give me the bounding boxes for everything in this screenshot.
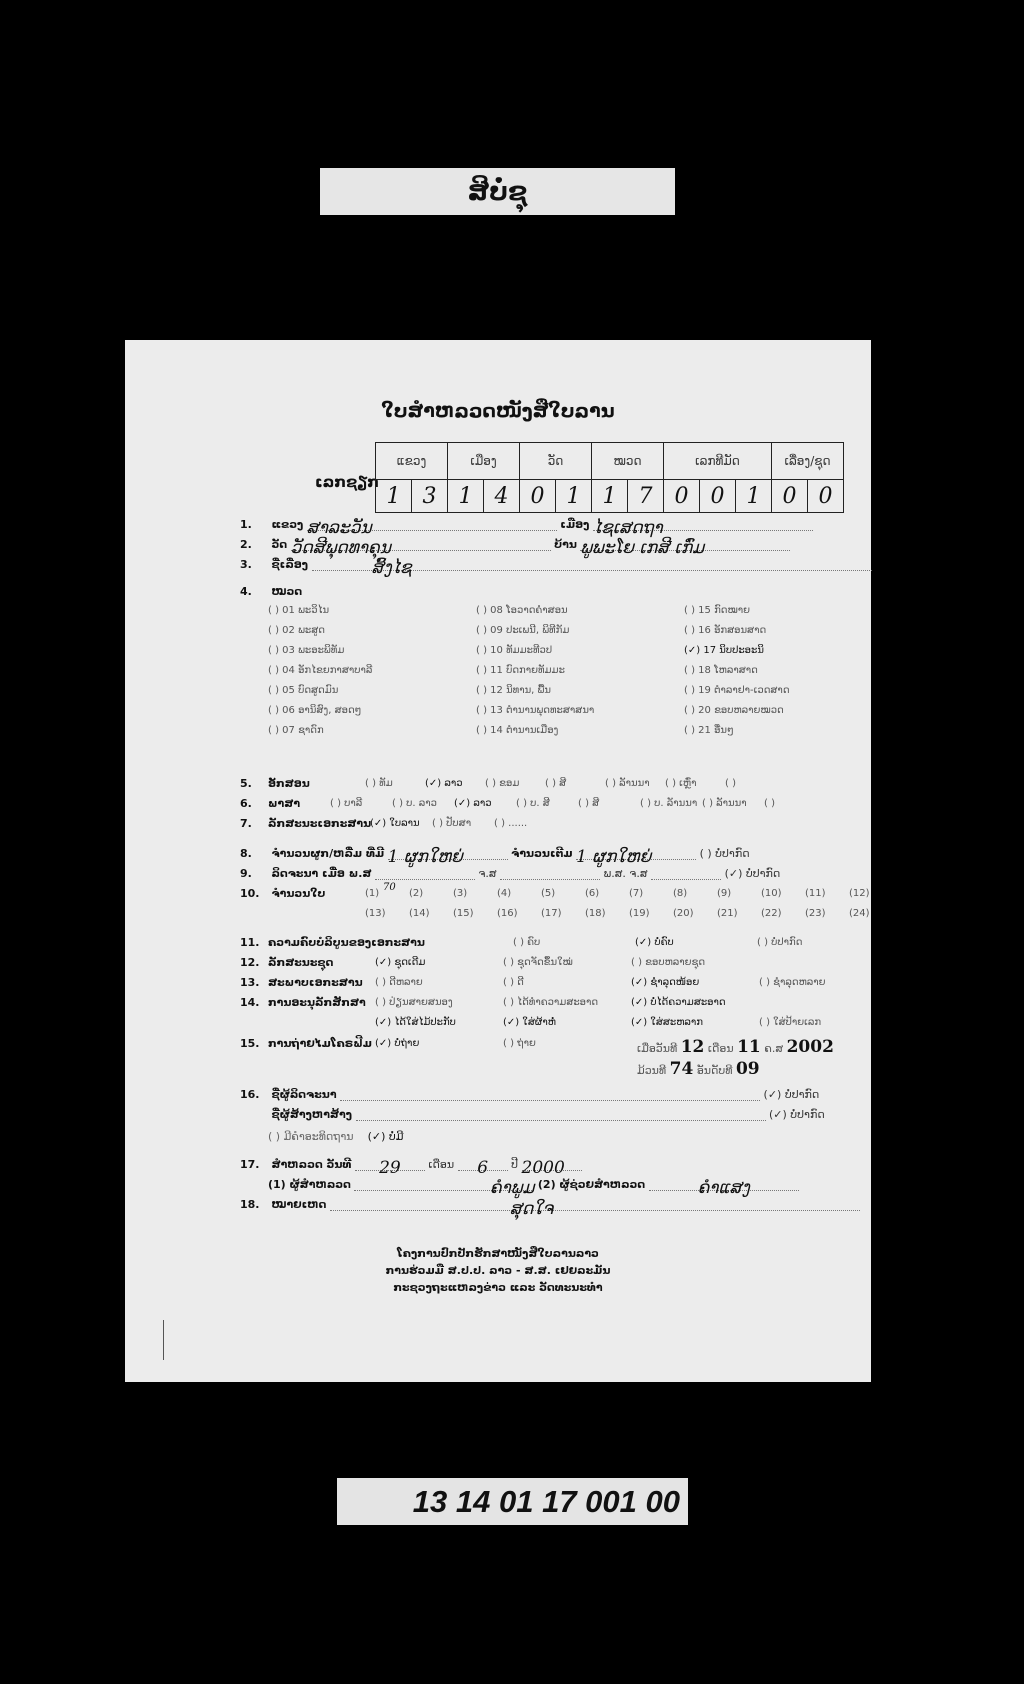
- checkbox-option[interactable]: ( ) ບ. ລາວ: [392, 798, 437, 809]
- category-option[interactable]: ( ) 05 ບົດສູດມົນ: [268, 685, 338, 696]
- district-value: ໄຊເສດຖາ: [593, 518, 813, 531]
- category-option[interactable]: ( ) 13 ຕຳນານພຸດທະສາສນາ: [476, 705, 594, 716]
- checkbox-option[interactable]: ( ) ປ່ຽນສາຍສນອງ: [375, 997, 453, 1008]
- category-option[interactable]: ( ) 16 ອັກສອນສາດ: [684, 625, 766, 636]
- id-header-title-set: ເລື່ອງ/ຊຸດ: [772, 443, 844, 480]
- category-option[interactable]: ( ) 07 ຊາດົກ: [268, 725, 324, 736]
- leaf-count-cell: (10): [761, 888, 782, 899]
- leaf-count-cell: (6): [585, 888, 599, 899]
- id-header-category: ໝວດ: [592, 443, 664, 480]
- checkbox-option[interactable]: ( ) ດີ: [503, 977, 524, 988]
- checkbox-option[interactable]: ( ) ຄົບ: [513, 937, 540, 948]
- leaf-count-cell: (16): [497, 908, 518, 919]
- leaf-count-cell: (12): [849, 888, 870, 899]
- bundle-count-row: 8. ຈຳນວນຜູກ/ຫລື່ມ ທີ່ມີ 1 ຜູກໃຫຍ່ ຈຳນວນເ…: [240, 847, 750, 860]
- material-row: 7.ລັກສະນະເອກະສານ: [240, 817, 371, 830]
- category-option[interactable]: ( ) 14 ຕຳນານເມືອງ: [476, 725, 558, 736]
- form-footer: ໂຄງການປົກປັກຮັກສາໜັງສືໃບລານລາວ ການຮ່ວມມື…: [125, 1245, 871, 1296]
- leaf-count-cell: (7): [629, 888, 643, 899]
- category-option[interactable]: ( ) 18 ໂຫລາສາດ: [684, 665, 758, 676]
- dedication-row: ( ) ມີຄຳອະທິດຖານ (✓) ບໍ່ມີ: [268, 1130, 403, 1143]
- footer-label-text: 13 14 01 17 001 00: [413, 1484, 680, 1520]
- id-label: ເລກຊຽກ: [315, 473, 379, 491]
- checkbox-option[interactable]: (✓) ລາວ: [425, 778, 463, 789]
- category-option[interactable]: ( ) 02 ພະສູດ: [268, 625, 325, 636]
- category-option[interactable]: (✓) 17 ນິບປະອະນິ: [684, 645, 764, 656]
- temple-value: ວັດສີພຸດທາຄຸນ: [291, 538, 551, 551]
- leaf-count-cell: (11): [805, 888, 826, 899]
- leaf-count-cell: (24): [849, 908, 870, 919]
- microfilm-row: 15.ການຖ່າຍໄມໂຄຣຟີມ: [240, 1037, 372, 1050]
- checkbox-option[interactable]: ( ) ທັມ: [365, 778, 393, 789]
- field-temple-row: 2. ວັດ ວັດສີພຸດທາຄຸນ ບ້ານ ພູພະໂຍ ເກສີ ເກ…: [240, 538, 790, 551]
- id-digit: 7: [628, 480, 664, 513]
- id-header-district: ເມືອງ: [448, 443, 520, 480]
- leaf-count-cell: (23): [805, 908, 826, 919]
- header-label-text: ສິບໍ່ຊຸ: [468, 177, 528, 207]
- assistant-value: ຄຳແສງ: [649, 1178, 799, 1191]
- sponsor-row: ຊື່ຜູ້ສ້າງຫາສ້າງ (✓) ບໍ່ປາກົດ: [240, 1108, 825, 1121]
- bundle-extra-value: 1 ຜູກໃຫຍ່: [576, 847, 696, 860]
- checkbox-option[interactable]: (✓) ຊຸດເດີມ: [375, 957, 425, 968]
- id-digit: 0: [772, 480, 808, 513]
- checkbox-option[interactable]: ( ) ສີ: [545, 778, 566, 789]
- id-digit: 4: [484, 480, 520, 513]
- id-header-province: ແຂວງ: [376, 443, 448, 480]
- category-option[interactable]: ( ) 19 ຕຳລາຢາ-ເວດສາດ: [684, 685, 790, 696]
- leaf-count-value: 70: [383, 882, 396, 893]
- category-option[interactable]: ( ) 09 ປະເພນີ, ພິທີກັມ: [476, 625, 569, 636]
- surveyor-row: (1) ຜູ້ສຳຫລວດ ຄຳພູມ (2) ຜູ້ຊ່ວຍສຳຫລວດ ຄຳ…: [268, 1178, 799, 1191]
- id-digit: 0: [700, 480, 736, 513]
- province-value: ສາລະວັນ: [307, 518, 557, 531]
- field-title-row: 3. ຊື່ເລື່ອງ ສົ້ງໄຊ: [240, 558, 872, 571]
- remarks-value: ສຸດໃຈ: [330, 1199, 860, 1211]
- condition-row: 13.ສະພາບເອກະສານ: [240, 976, 363, 989]
- survey-date-row: 17. ສຳຫລວດ ວັນທີ 29 ເດືອນ 6 ປີ 2000: [240, 1158, 582, 1171]
- id-header-bundle-number: ເລກທີມັດ: [664, 443, 772, 480]
- category-option[interactable]: ( ) 12 ນິທານ, ພື້ນ: [476, 685, 551, 696]
- checkbox-option[interactable]: (✓) ໃສ່ຜ້າຫໍ່: [503, 1017, 556, 1028]
- checkbox-option[interactable]: (✓) ບໍ່ຄົບ: [635, 937, 674, 948]
- id-table: ແຂວງ ເມືອງ ວັດ ໝວດ ເລກທີມັດ ເລື່ອງ/ຊຸດ 1…: [375, 442, 844, 513]
- id-digit: 0: [664, 480, 700, 513]
- checkbox-option[interactable]: ( ): [725, 778, 736, 789]
- leaf-count-cell: (4): [497, 888, 511, 899]
- category-option[interactable]: ( ) 20 ຂອບຫລາຍໝວດ: [684, 705, 784, 716]
- checkbox-option[interactable]: ( ) ຂອບຫລາຍຊຸດ: [631, 957, 705, 968]
- category-option[interactable]: ( ) 11 ບົດກາຍທັມມະ: [476, 665, 565, 676]
- checkbox-option[interactable]: ( ) ບ. ລັານນາ: [640, 798, 697, 809]
- checkbox-option[interactable]: ( ) ສີ: [578, 798, 599, 809]
- document-page: ໃບສຳຫລວດໜັງສືໃບລານ ເລກຊຽກ ແຂວງ ເມືອງ ວັດ…: [125, 340, 871, 1382]
- language-row: 6.ພາສາ: [240, 797, 300, 810]
- category-option[interactable]: ( ) 01 ພະວິໄນ: [268, 605, 329, 616]
- id-digit: 0: [808, 480, 844, 513]
- id-digit: 1: [592, 480, 628, 513]
- id-digit: 1: [736, 480, 772, 513]
- category-option[interactable]: ( ) 21 ອື່ນໆ: [684, 725, 734, 736]
- leaf-count-cell: (1): [365, 888, 379, 899]
- completeness-row: 11.ຄວາມຄົບບໍລິບູນຂອງເອກະສານ: [240, 936, 425, 949]
- checkbox-option[interactable]: ( ) ຖ່າຍ: [503, 1038, 536, 1049]
- checkbox-option[interactable]: ( ) ລັານນາ: [702, 798, 747, 809]
- checkbox-option[interactable]: ( ) ເຫຼົ່າ: [665, 778, 697, 789]
- conservation-row: 14.ການອະນຸລັກສັກສາ: [240, 996, 366, 1009]
- script-row: 5.ອັກສອນ: [240, 777, 310, 790]
- written-date-row: 9. ລິດຈະນາ ເມື່ອ ພ.ສ ຈ.ສ ພ.ສ. ຈ.ສ (✓) ບໍ…: [240, 867, 780, 880]
- leaf-count-cell: (8): [673, 888, 687, 899]
- checkbox-option[interactable]: ( ) ປັບສາ: [432, 818, 471, 829]
- checkbox-option[interactable]: ( ) ......: [494, 818, 527, 829]
- leaf-count-cell: (21): [717, 908, 738, 919]
- checkbox-option[interactable]: ( ) ລັານນາ: [605, 778, 650, 789]
- checkbox-option[interactable]: ( ) ດີຫລາຍ: [375, 977, 423, 988]
- checkbox-option[interactable]: (✓) ບໍ່ໄດ້ຄວາມສະອາດ: [631, 997, 726, 1008]
- page-edge-mark: [163, 1320, 164, 1360]
- id-digit: 1: [556, 480, 592, 513]
- leaf-count-cell: (22): [761, 908, 782, 919]
- leaf-count-row: 10. ຈຳນວນໃບ: [240, 887, 325, 900]
- id-digit: 1: [448, 480, 484, 513]
- field-category-row: 4. ໝວດ: [240, 585, 302, 598]
- category-option[interactable]: ( ) 15 ກົດໝາຍ: [684, 605, 750, 616]
- checkbox-option[interactable]: ( ): [764, 798, 775, 809]
- footer-target-label: 13 14 01 17 001 00: [337, 1478, 688, 1525]
- form-title: ໃບສຳຫລວດໜັງສືໃບລານ: [125, 400, 871, 422]
- title-value: ສົ້ງໄຊ: [312, 558, 872, 571]
- author-row: 16. ຊື່ຜູ້ລິດຈະນາ (✓) ບໍ່ປາກົດ: [240, 1088, 819, 1101]
- leaf-count-cell: (5): [541, 888, 555, 899]
- leaf-count-cell: (2): [409, 888, 423, 899]
- leaf-count-cell: (19): [629, 908, 650, 919]
- leaf-count-cell: (13): [365, 908, 386, 919]
- checkbox-option[interactable]: ( ) ຊຸດຈັດຂຶ້ນໃໝ່: [503, 957, 573, 968]
- checkbox-option[interactable]: ( ) ບໍ່ປາກົດ: [757, 937, 802, 948]
- category-option[interactable]: ( ) 08 ໂອວາດຄຳສອນ: [476, 605, 568, 616]
- checkbox-option[interactable]: ( ) ໄດ້ທຳຄວາມສະອາດ: [503, 997, 598, 1008]
- checkbox-option[interactable]: (✓) ໄດ້ໃສ່ໄມ້ປະກັບ: [375, 1017, 456, 1028]
- checkbox-option[interactable]: ( ) ບາລີ: [330, 798, 362, 809]
- id-header-temple: ວັດ: [520, 443, 592, 480]
- remarks-row: 18. ໝາຍເຫດ ສຸດໃຈ: [240, 1198, 860, 1211]
- leaf-count-cell: (3): [453, 888, 467, 899]
- id-digit: 1: [376, 480, 412, 513]
- checkbox-option[interactable]: (✓) ລາວ: [454, 798, 492, 809]
- leaf-count-cell: (14): [409, 908, 430, 919]
- id-digit: 3: [412, 480, 448, 513]
- leaf-count-cell: (15): [453, 908, 474, 919]
- category-option[interactable]: ( ) 10 ທັມມະທີວປ: [476, 645, 552, 656]
- checkbox-option[interactable]: (✓) ໃບລານ: [370, 818, 420, 829]
- leaf-count-cell: (20): [673, 908, 694, 919]
- microfilm-roll: ມ້ວນທີ 74 ອັນດັບທີ 09: [637, 1059, 760, 1079]
- leaf-count-cell: (18): [585, 908, 606, 919]
- checkbox-option[interactable]: (✓) ໃສ່ສະຫລາກ: [631, 1017, 703, 1028]
- field-province-row: 1. ແຂວງ ສາລະວັນ ເມືອງ ໄຊເສດຖາ: [240, 518, 813, 531]
- surveyor-value: ຄຳພູມ: [354, 1178, 534, 1191]
- bundle-count-value: 1 ຜູກໃຫຍ່: [388, 847, 508, 860]
- set-type-row: 12.ລັກສະນະຊຸດ: [240, 956, 333, 969]
- village-value: ພູພະໂຍ ເກສີ ເກົ່ມ: [580, 538, 790, 551]
- category-option[interactable]: ( ) 06 ອານິສົງ, ສອດໆ: [268, 705, 361, 716]
- header-target-label: ສິບໍ່ຊຸ: [320, 168, 675, 215]
- checkbox-option[interactable]: ( ) ຊຳລຸດຫລາຍ: [759, 977, 826, 988]
- microfilm-date: ເມື່ອວັນທີ 12 ເດືອນ 11 ຄ.ສ 2002: [637, 1037, 834, 1057]
- checkbox-option[interactable]: (✓) ຊຳລຸດໜ້ອຍ: [631, 977, 699, 988]
- leaf-count-cell: (17): [541, 908, 562, 919]
- checkbox-option[interactable]: (✓) ບໍ່ຖ່າຍ: [375, 1038, 419, 1049]
- leaf-count-cell: (9): [717, 888, 731, 899]
- category-option[interactable]: ( ) 03 ພະອະພິທັມ: [268, 645, 344, 656]
- checkbox-option[interactable]: ( ) ຂອມ: [485, 778, 519, 789]
- id-digit: 0: [520, 480, 556, 513]
- checkbox-option[interactable]: ( ) ບ. ສີ: [516, 798, 550, 809]
- category-option[interactable]: ( ) 04 ອັກໄຂຍກາສາບາລີ: [268, 665, 372, 676]
- checkbox-option[interactable]: ( ) ໃສ່ປ້າຍເລກ: [759, 1017, 821, 1028]
